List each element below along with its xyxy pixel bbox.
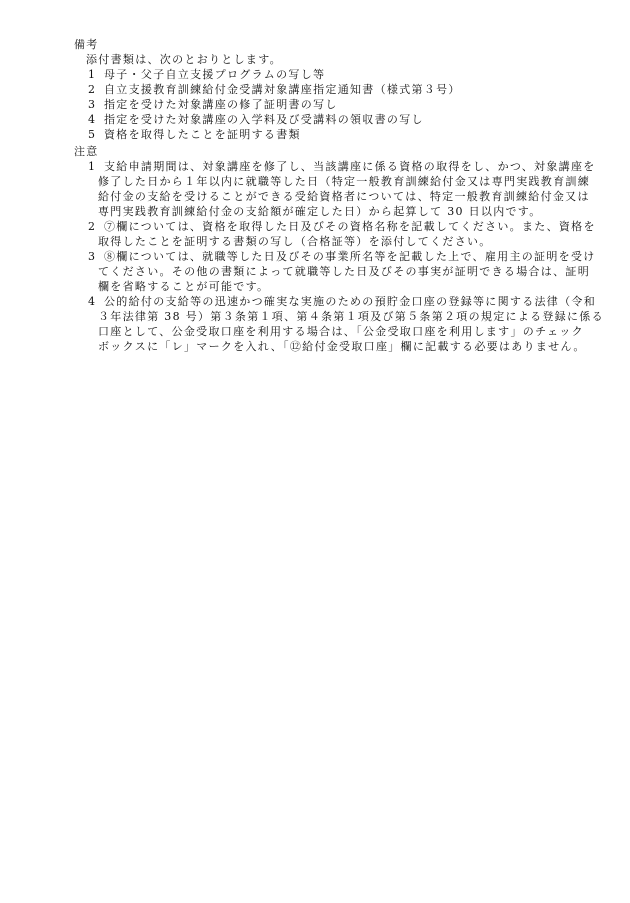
remarks-item-number: 1 (88, 68, 95, 82)
note-item-number: 1 (88, 160, 95, 174)
remarks-item-number: 5 (88, 128, 95, 142)
note-item-text: 公的給付の支給等の迅速かつ確実な実施のための預貯金口座の登録等に関する法律（令和 (104, 295, 596, 309)
note-item-text: 専門実践教育訓練給付金の支給額が確定した日）から起算して 30 日以内です。 (98, 205, 542, 219)
note-item-text: 欄を省略することが可能です。 (98, 280, 269, 294)
note-item-text: 支給申請期間は、対象講座を修了し、当該講座に係る資格の取得をし、かつ、対象講座を (104, 160, 596, 174)
note-item-text: 給付金の支給を受けることができる受給資格者については、特定一般教育訓練給付金又は (98, 190, 590, 204)
remarks-item-number: 3 (88, 98, 95, 112)
document-page: 備考 添付書類は、次のとおりとします。 1 母子・父子自立支援プログラムの写し等… (0, 0, 630, 903)
note-item-text: ⑧欄については、就職等した日及びその事業所名等を記載した上で、雇用主の証明を受け (104, 250, 596, 264)
note-item-text: てください。その他の書類によって就職等した日及びその事実が証明できる場合は、証明 (98, 265, 590, 279)
note-item-text: 修了した日から１年以内に就職等した日（特定一般教育訓練給付金又は専門実践教育訓練 (98, 175, 590, 189)
note-item-text: 口座として、公金受取口座を利用する場合は、「公金受取口座を利用します」のチェック (98, 325, 584, 339)
note-item-text: 取得したことを証明する書類の写し（合格証等）を添付してください。 (98, 235, 492, 249)
note-item-text: ３年法律第 38 号）第３条第１項、第４条第１項及び第５条第２項の規定による登録… (98, 310, 604, 324)
notes-heading: 注意 (74, 145, 99, 159)
note-item-number: 2 (88, 220, 95, 234)
note-item-number: 4 (88, 295, 95, 309)
remarks-item-text: 母子・父子自立支援プログラムの写し等 (104, 68, 325, 82)
remarks-item-text: 指定を受けた対象講座の入学料及び受講料の領収書の写し (104, 113, 424, 127)
remarks-item-number: 2 (88, 83, 95, 97)
remarks-intro: 添付書類は、次のとおりとします。 (86, 53, 282, 67)
remarks-item-number: 4 (88, 113, 95, 127)
note-item-text: ⑦欄については、資格を取得した日及びその資格名称を記載してください。また、資格を (104, 220, 596, 234)
remarks-item-text: 自立支援教育訓練給付金受講対象講座指定通知書（様式第３号） (104, 83, 461, 97)
note-item-text: ボックスに「レ」マークを入れ、「⑫給付金受取口座」欄に記載する必要はありません。 (98, 340, 586, 354)
remarks-item-text: 資格を取得したことを証明する書類 (104, 128, 301, 142)
remarks-heading: 備考 (74, 38, 99, 52)
remarks-item-text: 指定を受けた対象講座の修了証明書の写し (104, 98, 338, 112)
note-item-number: 3 (88, 250, 95, 264)
